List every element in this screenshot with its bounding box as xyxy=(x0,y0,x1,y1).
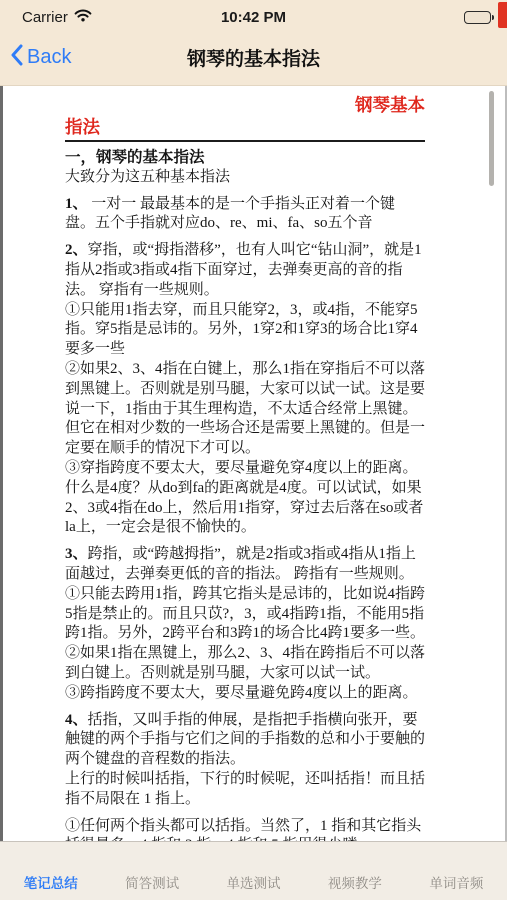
tab-word-audio[interactable]: 单词音频 xyxy=(406,872,507,892)
doc-paragraph: ①任何两个指头都可以括指。当然了，1 指和其它指头括得最多。4 指和 3 指、4… xyxy=(65,817,425,842)
back-button[interactable]: Back xyxy=(10,44,71,72)
tab-bar: 笔记总结简答测试单选测试视频教学单词音频 xyxy=(0,841,507,900)
battery-icon xyxy=(464,11,491,24)
tab-notes-summary[interactable]: 笔记总结 xyxy=(0,872,101,892)
clock: 10:42 PM xyxy=(0,9,507,26)
doc-title-line2: 指法 xyxy=(65,116,425,142)
doc-paragraph: ②如果1指在黑键上，那么2、3、4指在跨指后不可以落到白键上。否则就是别马腿，大… xyxy=(65,644,425,684)
navigation-bar: Back 钢琴的基本指法 xyxy=(0,30,507,86)
tab-label: 视频教学 xyxy=(328,876,382,891)
back-button-label: Back xyxy=(27,46,71,69)
doc-paragraph: 上行的时候叫括指，下行的时候呢，还叫括指！而且括指不局限在 1 指上。 xyxy=(65,770,425,810)
tab-label: 单选测试 xyxy=(227,876,281,891)
tab-video-lessons[interactable]: 视频教学 xyxy=(304,872,405,892)
doc-paragraph: 4、括指，又叫手指的伸展，是指把手指横向张开，要触键的两个手指与它们之间的手指数… xyxy=(65,711,425,770)
doc-heading: 一，钢琴的基本指法 xyxy=(65,148,425,168)
tab-multiple-choice-quiz[interactable]: 单选测试 xyxy=(203,872,304,892)
scrollbar-thumb[interactable] xyxy=(489,91,494,186)
doc-paragraph: 1、 一对一 最最基本的是一个手指头正对着一个键盘。五个手指就对应do、re、m… xyxy=(65,195,425,235)
doc-paragraph: 3、跨指，或“跨越拇指”，就是2指或3指或4指从1指上面越过，去弹奏更低的音的指… xyxy=(65,545,425,585)
page-title: 钢琴的基本指法 xyxy=(0,44,507,71)
tab-label: 笔记总结 xyxy=(24,876,78,891)
tab-short-answer-quiz[interactable]: 简答测试 xyxy=(101,872,202,892)
document-view[interactable]: 钢琴基本 指法 一，钢琴的基本指法大致分为这五种基本指法1、 一对一 最最基本的… xyxy=(0,86,507,841)
doc-paragraph: ③跨指跨度不要太大，要尽量避免跨4度以上的距离。 xyxy=(65,684,425,704)
tab-label: 简答测试 xyxy=(125,876,179,891)
status-bar: Carrier 10:42 PM xyxy=(0,0,507,30)
tab-label: 单词音频 xyxy=(429,876,483,891)
doc-paragraph: 2、穿指，或“拇指潜移”，也有人叫它“钻山洞”，就是1指从2指或3指或4指下面穿… xyxy=(65,241,425,300)
doc-paragraph: ②如果2、3、4指在白键上，那么1指在穿指后不可以落到黑键上。否则就是别马腿，大… xyxy=(65,360,425,459)
doc-paragraph: 大致分为这五种基本指法 xyxy=(65,168,425,188)
chevron-left-icon xyxy=(10,44,23,72)
recording-indicator xyxy=(498,2,507,28)
doc-body: 一，钢琴的基本指法大致分为这五种基本指法1、 一对一 最最基本的是一个手指头正对… xyxy=(65,148,425,841)
doc-paragraph: ①只能用1指去穿，而且只能穿2，3，或4指，不能穿5指。穿5指是忌讳的。另外，1… xyxy=(65,301,425,360)
doc-paragraph: ①只能去跨用1指，跨其它指头是忌讳的，比如说4指跨5指是禁止的。而且只苡?，3，… xyxy=(65,585,425,644)
doc-paragraph: ③穿指跨度不要太大，要尽量避免穿4度以上的距离。什么是4度？从do到fa的距离就… xyxy=(65,459,425,538)
doc-title-line1: 钢琴基本 xyxy=(65,94,425,116)
